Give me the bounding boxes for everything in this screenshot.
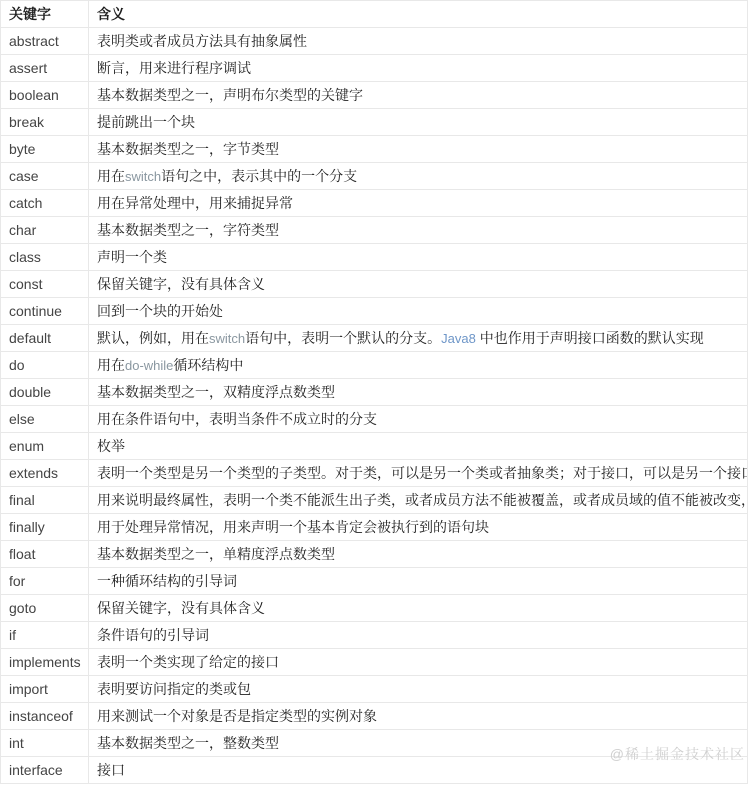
table-header-row: 关键字 含义 <box>1 1 748 28</box>
meaning-text: 条件语句的引导词 <box>97 627 209 643</box>
keyword-cell: case <box>1 163 89 190</box>
meaning-cell: 基本数据类型之一，声明布尔类型的关键字 <box>89 82 748 109</box>
keyword-cell: int <box>1 730 89 757</box>
keyword-cell: catch <box>1 190 89 217</box>
keyword-cell: byte <box>1 136 89 163</box>
meaning-cell: 用在条件语句中，表明当条件不成立时的分支 <box>89 406 748 433</box>
table-row: enum枚举 <box>1 433 748 460</box>
meaning-text: 基本数据类型之一，双精度浮点数类型 <box>97 384 335 400</box>
keyword-cell: char <box>1 217 89 244</box>
meaning-cell: 用于处理异常情况，用来声明一个基本肯定会被执行到的语句块 <box>89 514 748 541</box>
meaning-text: 用于处理异常情况，用来声明一个基本肯定会被执行到的语句块 <box>97 519 489 535</box>
meaning-cell: 基本数据类型之一，字符类型 <box>89 217 748 244</box>
keyword-cell: float <box>1 541 89 568</box>
keyword-cell: boolean <box>1 82 89 109</box>
table-row: for一种循环结构的引导词 <box>1 568 748 595</box>
table-row: extends表明一个类型是另一个类型的子类型。对于类，可以是另一个类或者抽象类… <box>1 460 748 487</box>
keyword-cell: double <box>1 379 89 406</box>
meaning-text: 一种循环结构的引导词 <box>97 573 237 589</box>
meaning-text: 断言，用来进行程序调试 <box>97 60 251 76</box>
meaning-text: 声明一个类 <box>97 249 167 265</box>
meaning-cell: 表明类或者成员方法具有抽象属性 <box>89 28 748 55</box>
meaning-text: 表明一个类型是另一个类型的子类型。对于类，可以是另一个类或者抽象类；对于接口，可… <box>97 465 748 481</box>
meaning-cell: 基本数据类型之一，字节类型 <box>89 136 748 163</box>
meaning-cell: 表明要访问指定的类或包 <box>89 676 748 703</box>
meaning-text: 用在条件语句中，表明当条件不成立时的分支 <box>97 411 377 427</box>
keyword-cell: const <box>1 271 89 298</box>
meaning-cell: 保留关键字，没有具体含义 <box>89 271 748 298</box>
table-row: implements表明一个类实现了给定的接口 <box>1 649 748 676</box>
keyword-cell: assert <box>1 55 89 82</box>
keyword-cell: extends <box>1 460 89 487</box>
inline-code: switch <box>125 169 161 184</box>
table-row: do用在do-while循环结构中 <box>1 352 748 379</box>
keyword-cell: else <box>1 406 89 433</box>
inline-code: do-while <box>125 358 173 373</box>
keyword-cell: interface <box>1 757 89 784</box>
meaning-text: 基本数据类型之一，声明布尔类型的关键字 <box>97 87 363 103</box>
meaning-text: 基本数据类型之一，字节类型 <box>97 141 279 157</box>
inline-code: switch <box>209 331 245 346</box>
meaning-text: 语句之中，表示其中的一个分支 <box>161 168 357 184</box>
meaning-cell: 基本数据类型之一，整数类型 <box>89 730 748 757</box>
table-row: interface接口 <box>1 757 748 784</box>
meaning-cell: 枚举 <box>89 433 748 460</box>
meaning-text: 用在 <box>97 168 125 184</box>
table-row: finally用于处理异常情况，用来声明一个基本肯定会被执行到的语句块 <box>1 514 748 541</box>
meaning-text: 枚举 <box>97 438 125 454</box>
meaning-text: 提前跳出一个块 <box>97 114 195 130</box>
meaning-text: 表明要访问指定的类或包 <box>97 681 251 697</box>
meaning-text: 用在 <box>97 357 125 373</box>
table-row: assert断言，用来进行程序调试 <box>1 55 748 82</box>
meaning-cell: 表明一个类型是另一个类型的子类型。对于类，可以是另一个类或者抽象类；对于接口，可… <box>89 460 748 487</box>
meaning-cell: 用来测试一个对象是否是指定类型的实例对象 <box>89 703 748 730</box>
meaning-text: 循环结构中 <box>173 357 243 373</box>
table-row: boolean基本数据类型之一，声明布尔类型的关键字 <box>1 82 748 109</box>
meaning-text: 基本数据类型之一，整数类型 <box>97 735 279 751</box>
meaning-cell: 条件语句的引导词 <box>89 622 748 649</box>
table-row: instanceof用来测试一个对象是否是指定类型的实例对象 <box>1 703 748 730</box>
meaning-text: 接口 <box>97 762 125 778</box>
meaning-cell: 用在switch语句之中，表示其中的一个分支 <box>89 163 748 190</box>
meaning-text: 保留关键字，没有具体含义 <box>97 600 265 616</box>
table-row: if条件语句的引导词 <box>1 622 748 649</box>
meaning-cell: 声明一个类 <box>89 244 748 271</box>
table-row: char基本数据类型之一，字符类型 <box>1 217 748 244</box>
keyword-cell: enum <box>1 433 89 460</box>
keyword-cell: final <box>1 487 89 514</box>
meaning-cell: 用在异常处理中，用来捕捉异常 <box>89 190 748 217</box>
table-row: break提前跳出一个块 <box>1 109 748 136</box>
meaning-cell: 用在do-while循环结构中 <box>89 352 748 379</box>
keyword-cell: break <box>1 109 89 136</box>
keyword-cell: abstract <box>1 28 89 55</box>
table-row: default默认，例如，用在switch语句中，表明一个默认的分支。Java8… <box>1 325 748 352</box>
table-row: float基本数据类型之一，单精度浮点数类型 <box>1 541 748 568</box>
keyword-table-page: 关键字 含义 abstract表明类或者成员方法具有抽象属性assert断言，用… <box>0 0 751 786</box>
table-row: class声明一个类 <box>1 244 748 271</box>
meaning-cell: 接口 <box>89 757 748 784</box>
table-row: final用来说明最终属性，表明一个类不能派生出子类，或者成员方法不能被覆盖，或… <box>1 487 748 514</box>
meaning-text: 表明一个类实现了给定的接口 <box>97 654 279 670</box>
table-row: abstract表明类或者成员方法具有抽象属性 <box>1 28 748 55</box>
table-row: double基本数据类型之一，双精度浮点数类型 <box>1 379 748 406</box>
meaning-cell: 断言，用来进行程序调试 <box>89 55 748 82</box>
table-row: continue回到一个块的开始处 <box>1 298 748 325</box>
meaning-cell: 回到一个块的开始处 <box>89 298 748 325</box>
header-meaning: 含义 <box>89 1 748 28</box>
table-row: import表明要访问指定的类或包 <box>1 676 748 703</box>
meaning-text: 回到一个块的开始处 <box>97 303 223 319</box>
table-row: int基本数据类型之一，整数类型 <box>1 730 748 757</box>
meaning-text: 表明类或者成员方法具有抽象属性 <box>97 33 307 49</box>
table-row: byte基本数据类型之一，字节类型 <box>1 136 748 163</box>
meaning-cell: 用来说明最终属性，表明一个类不能派生出子类，或者成员方法不能被覆盖，或者成员域的… <box>89 487 748 514</box>
keyword-cell: default <box>1 325 89 352</box>
keyword-cell: implements <box>1 649 89 676</box>
meaning-text: 中也作用于声明接口函数的默认实现 <box>476 330 704 346</box>
keyword-cell: instanceof <box>1 703 89 730</box>
meaning-cell: 提前跳出一个块 <box>89 109 748 136</box>
keyword-cell: class <box>1 244 89 271</box>
meaning-text: 默认，例如，用在 <box>97 330 209 346</box>
table-row: catch用在异常处理中，用来捕捉异常 <box>1 190 748 217</box>
meaning-text: 用来测试一个对象是否是指定类型的实例对象 <box>97 708 377 724</box>
table-row: goto保留关键字，没有具体含义 <box>1 595 748 622</box>
meaning-text: 基本数据类型之一，单精度浮点数类型 <box>97 546 335 562</box>
meaning-cell: 一种循环结构的引导词 <box>89 568 748 595</box>
header-keyword: 关键字 <box>1 1 89 28</box>
meaning-text: 语句中，表明一个默认的分支。 <box>245 330 441 346</box>
keyword-cell: do <box>1 352 89 379</box>
meaning-text: 用在异常处理中，用来捕捉异常 <box>97 195 293 211</box>
meaning-text: 保留关键字，没有具体含义 <box>97 276 265 292</box>
keyword-cell: import <box>1 676 89 703</box>
keyword-cell: for <box>1 568 89 595</box>
java-keyword-table: 关键字 含义 abstract表明类或者成员方法具有抽象属性assert断言，用… <box>0 0 748 784</box>
table-row: const保留关键字，没有具体含义 <box>1 271 748 298</box>
keyword-cell: goto <box>1 595 89 622</box>
meaning-cell: 表明一个类实现了给定的接口 <box>89 649 748 676</box>
inline-code-java8: Java8 <box>441 331 476 346</box>
meaning-cell: 基本数据类型之一，单精度浮点数类型 <box>89 541 748 568</box>
keyword-cell: finally <box>1 514 89 541</box>
meaning-text: 基本数据类型之一，字符类型 <box>97 222 279 238</box>
meaning-cell: 基本数据类型之一，双精度浮点数类型 <box>89 379 748 406</box>
keyword-cell: if <box>1 622 89 649</box>
keyword-cell: continue <box>1 298 89 325</box>
table-row: else用在条件语句中，表明当条件不成立时的分支 <box>1 406 748 433</box>
meaning-cell: 保留关键字，没有具体含义 <box>89 595 748 622</box>
table-row: case用在switch语句之中，表示其中的一个分支 <box>1 163 748 190</box>
meaning-cell: 默认，例如，用在switch语句中，表明一个默认的分支。Java8 中也作用于声… <box>89 325 748 352</box>
meaning-text: 用来说明最终属性，表明一个类不能派生出子类，或者成员方法不能被覆盖，或者成员域的… <box>97 492 748 508</box>
